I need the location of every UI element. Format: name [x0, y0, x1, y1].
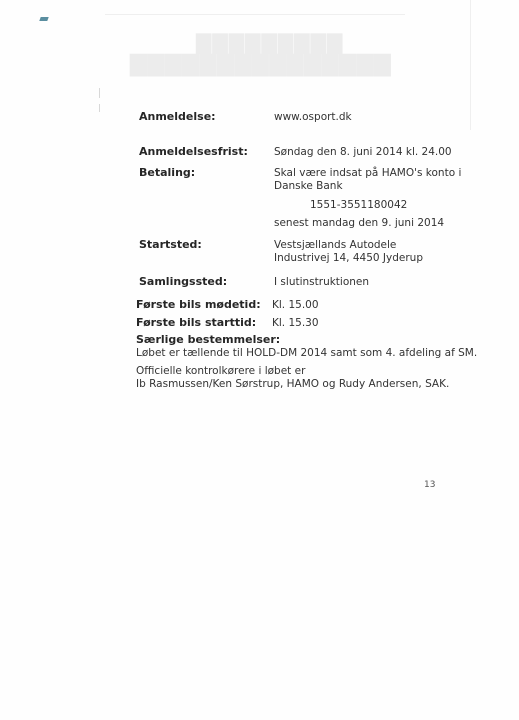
special-provisions-line1: Løbet er tællende til HOLD-DM 2014 samt …	[136, 346, 477, 360]
value-anmeldelse: www.osport.dk	[274, 110, 352, 124]
label-anmeldelsesfrist: Anmeldelsesfrist:	[139, 145, 248, 158]
special-provisions-line3: Ib Rasmussen/Ken Sørstrup, HAMO og Rudy …	[136, 377, 449, 391]
label-samlingssted: Samlingssted:	[139, 275, 227, 288]
bleed-line	[470, 0, 471, 130]
page-number: 13	[424, 480, 435, 490]
scan-speck	[39, 17, 48, 21]
label-moedetid: Første bils mødetid:	[136, 298, 261, 311]
value-startsted-line2: Industrivej 14, 4450 Jyderup	[274, 251, 423, 265]
value-payment-deadline: senest mandag den 9. juni 2014	[274, 216, 444, 230]
label-anmeldelse: Anmeldelse:	[139, 110, 216, 123]
value-samlingssted: I slutinstruktionen	[274, 275, 369, 289]
scan-edge-mark	[99, 104, 100, 112]
label-starttid: Første bils starttid:	[136, 316, 256, 329]
value-anmeldelsesfrist: Søndag den 8. juni 2014 kl. 24.00	[274, 145, 452, 159]
label-betaling: Betaling:	[139, 166, 195, 179]
label-startsted: Startsted:	[139, 238, 202, 251]
value-account-number: 1551-3551180042	[310, 198, 407, 212]
value-betaling-line1: Skal være indsat på HAMO's konto i	[274, 166, 461, 180]
scanned-page: ▇▇▇▇▇▇▇▇▇ ▇▇▇▇▇▇▇▇▇▇▇▇▇▇▇ Anmeldelse: ww…	[0, 0, 519, 720]
special-provisions-line2: Officielle kontrolkørere i løbet er	[136, 364, 305, 378]
bleed-through-text: ▇▇▇▇▇▇▇▇▇▇▇▇▇▇▇	[130, 52, 391, 77]
scan-edge-mark	[99, 88, 100, 98]
value-moedetid: Kl. 15.00	[272, 298, 319, 312]
bleed-line	[105, 14, 405, 15]
special-provisions-heading: Særlige bestemmelser:	[136, 333, 280, 346]
bleed-through-text: ▇▇▇▇▇▇▇▇▇	[196, 30, 343, 54]
value-betaling-line2: Danske Bank	[274, 179, 343, 193]
value-startsted-line1: Vestsjællands Autodele	[274, 238, 396, 252]
value-starttid: Kl. 15.30	[272, 316, 319, 330]
